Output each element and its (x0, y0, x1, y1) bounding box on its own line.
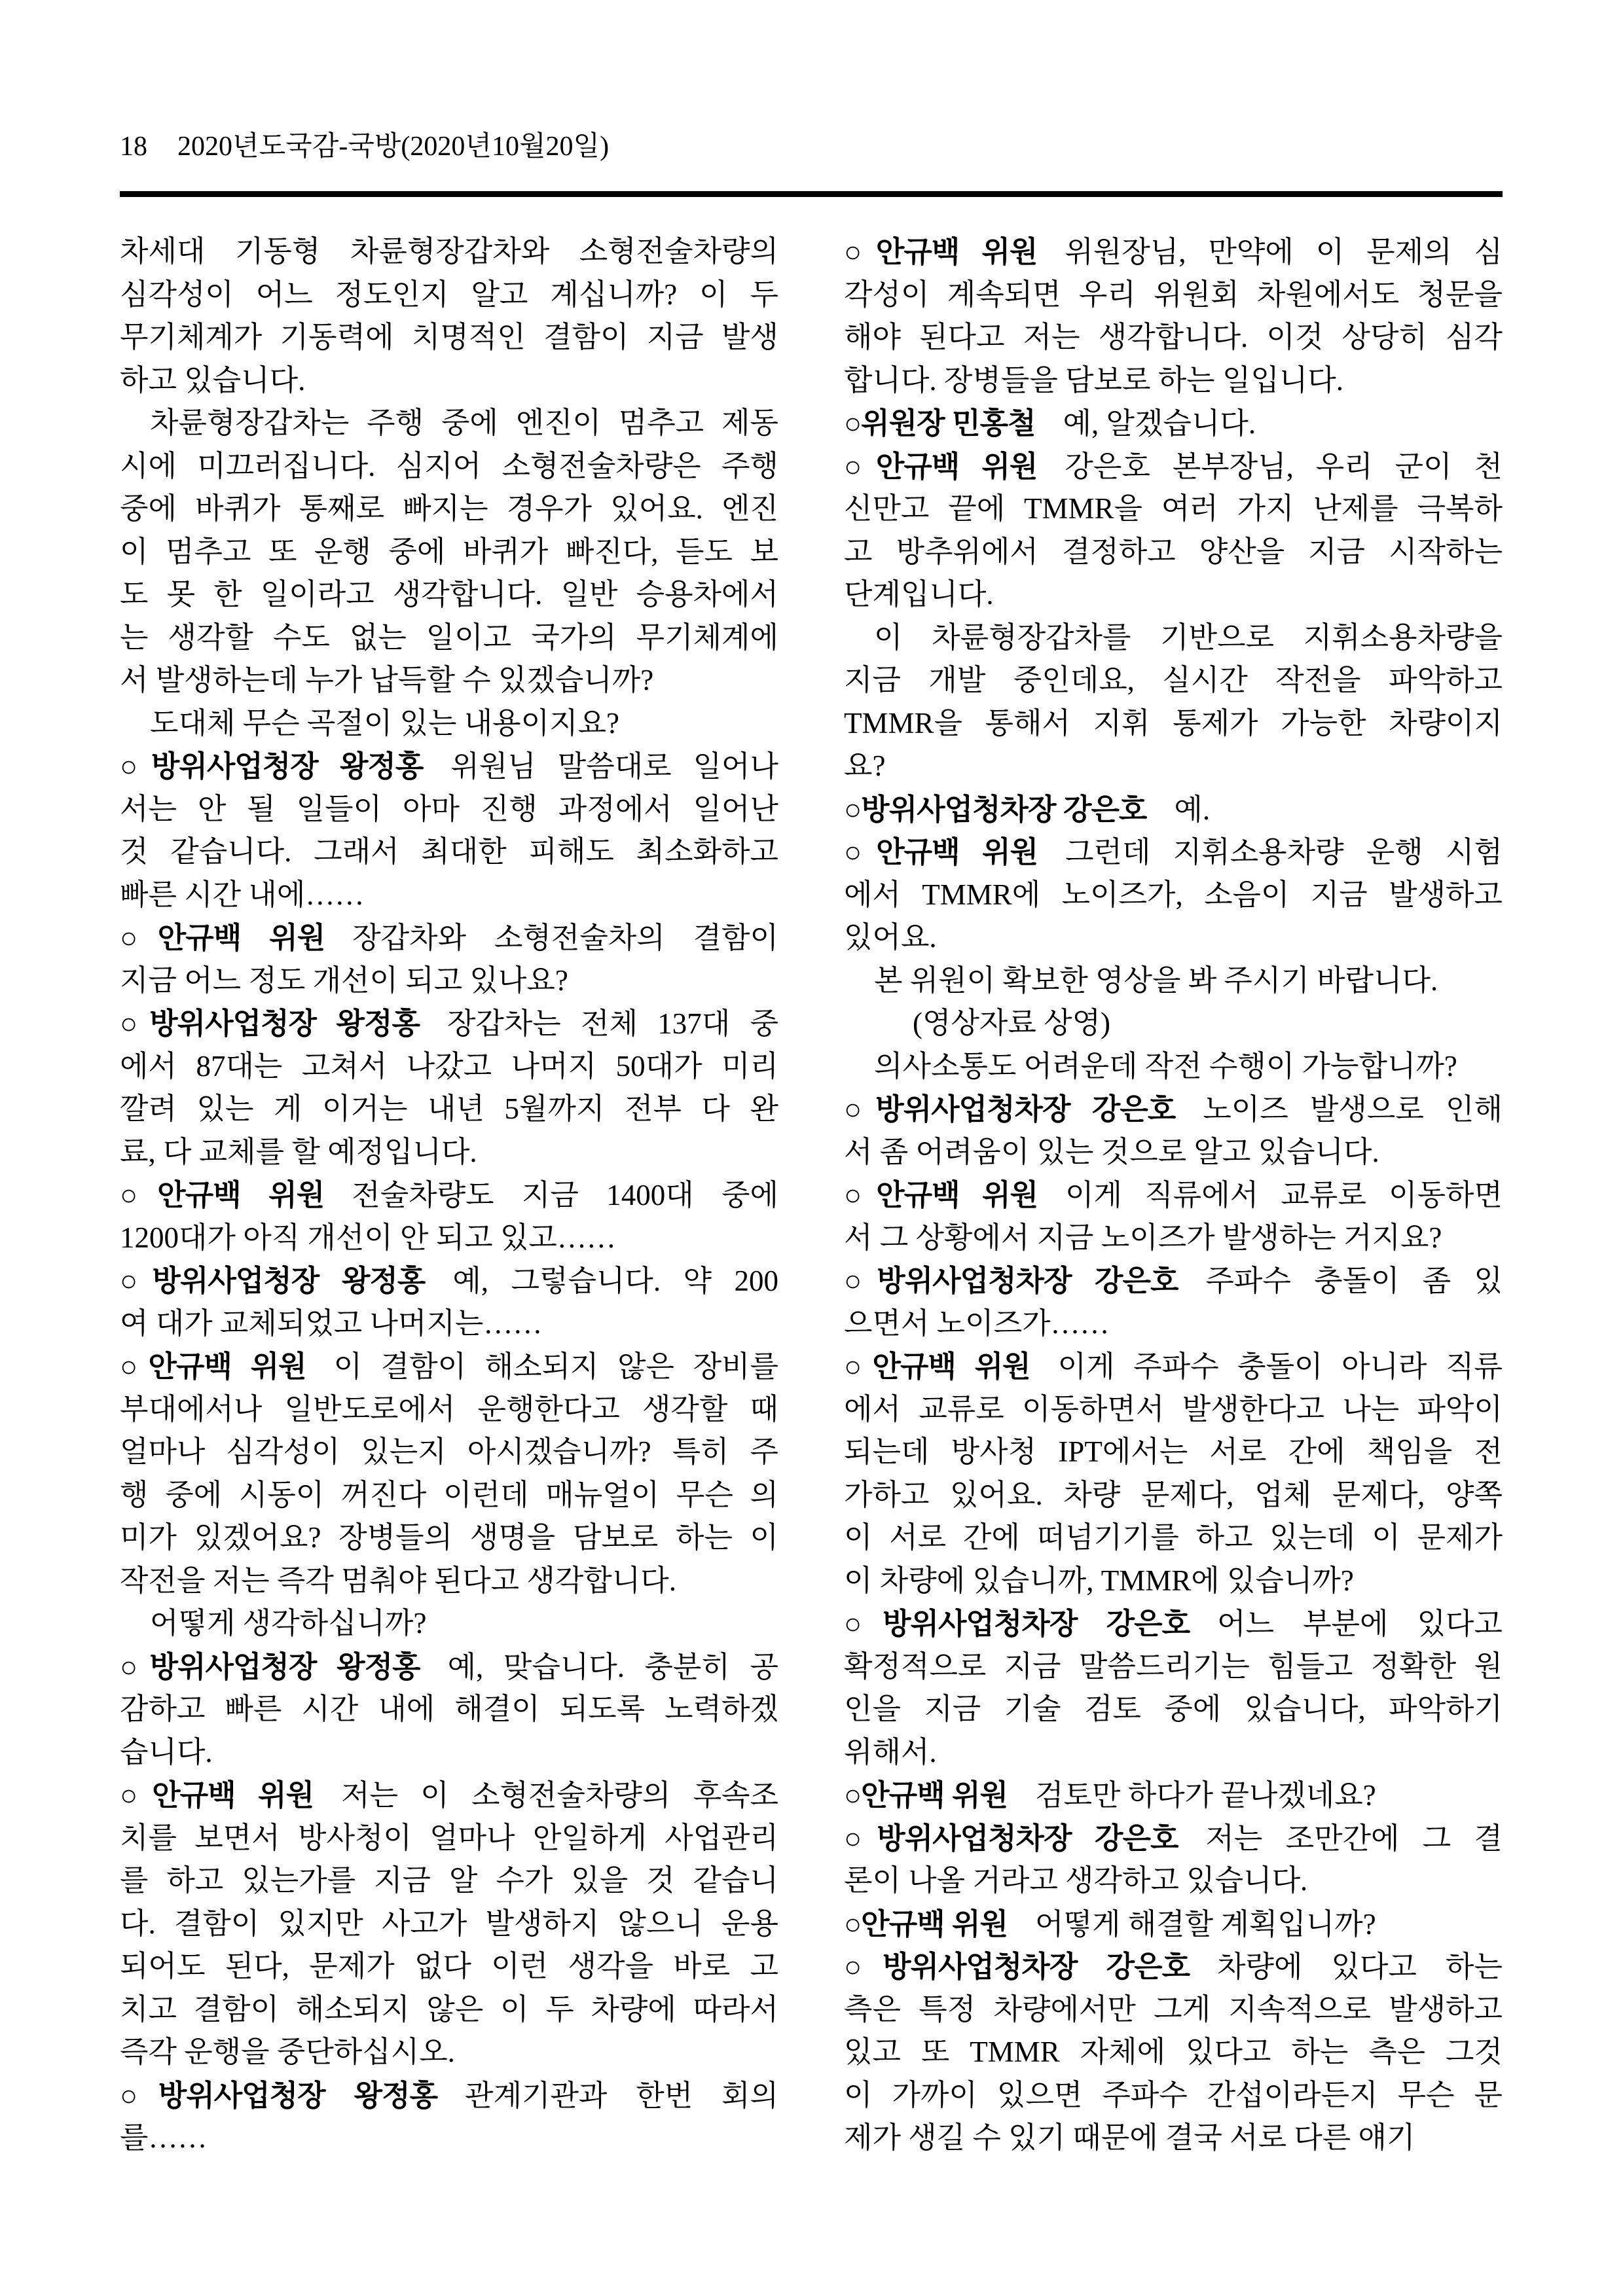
line-text: 예, 알겠습니다. (1063, 407, 1256, 440)
line-text: TMMR을 통해서 지휘 통제가 가능한 차량이지 (844, 707, 1503, 740)
line-text: 무기체계가 기동력에 치명적인 결함이 지금 발생 (120, 321, 778, 353)
line-text: 단계입니다. (844, 578, 994, 611)
line-text: 차세대 기동형 차륜형장갑차와 소형전술차량의 (120, 235, 778, 268)
line-text: 치고 결함이 해소되지 않은 이 두 차량에 따라서 (120, 1993, 778, 2026)
text-line: ○안규백 위원그런데 지휘소용차량 운행 시험 (844, 831, 1503, 874)
line-text: 신만고 끝에 TMMR을 여러 가지 난제를 극복하 (844, 492, 1503, 525)
text-line: 작전을 저는 즉각 멈춰야 된다고 생각합니다. (120, 1560, 778, 1603)
speaker-name: ○방위사업청차장 강은호 (844, 1607, 1217, 1640)
line-text: 는 생각할 수도 없는 일이고 국가의 무기체계에 (120, 621, 778, 654)
text-line: TMMR을 통해서 지휘 통제가 가능한 차량이지 (844, 702, 1503, 745)
text-line: 도 못 한 일이라고 생각합니다. 일반 승용차에서 (120, 573, 778, 617)
text-line: 이 서로 간에 떠넘기기를 하고 있는데 이 문제가 (844, 1516, 1503, 1560)
page-number: 18 (120, 130, 147, 164)
line-text: 도대체 무슨 곡절이 있는 내용이지요? (150, 707, 619, 740)
line-text: 즉각 운행을 중단하십시오. (120, 2036, 455, 2068)
text-line: 론이 나올 거라고 생각하고 있습니다. (844, 1859, 1503, 1903)
line-text: 이 가까이 있으면 주파수 간섭이라든지 무슨 문 (844, 2079, 1503, 2111)
speaker-name: ○방위사업청차장 강은호 (844, 1092, 1203, 1126)
text-line: 위해서. (844, 1731, 1503, 1774)
speaker-name: ○안규백 위원 (844, 1907, 1035, 1941)
line-text: 측은 특정 차량에서만 그게 지속적으로 발생하고 (844, 1993, 1503, 2026)
text-line: ○안규백 위원전술차량도 지금 1400대 중에 (120, 1174, 778, 1217)
text-line: 서 발생하는데 누가 납득할 수 있겠습니까? (120, 659, 778, 702)
line-text: (영상자료 상영) (913, 1007, 1110, 1039)
text-line: ○안규백 위원이게 직류에서 교류로 이동하면 (844, 1174, 1503, 1217)
line-text: 가하고 있어요. 차량 문제다, 업체 문제다, 양쪽 (844, 1479, 1503, 1511)
line-text: 저는 조만간에 그 결 (1205, 1822, 1503, 1855)
text-line: 지금 어느 정도 개선이 되고 있나요? (120, 960, 778, 1003)
line-text: 되는데 방사청 IPT에서는 서로 간에 책임을 전 (844, 1435, 1503, 1468)
text-line: 의사소통도 어려운데 작전 수행이 가능합니까? (844, 1045, 1503, 1088)
line-text: 빠른 시간 내에…… (120, 878, 364, 911)
speaker-name: ○방위사업청장 왕정홍 (120, 749, 450, 783)
text-line: 확정적으로 지금 말씀드리기는 힘들고 정확한 원 (844, 1645, 1503, 1689)
line-text: 본 위원이 확보한 영상을 봐 주시기 바랍니다. (874, 964, 1438, 997)
text-line: ○방위사업청차장 강은호노이즈 발생으로 인해 (844, 1088, 1503, 1131)
text-line: 지금 개발 중인데요, 실시간 작전을 파악하고 (844, 659, 1503, 702)
text-line: ○안규백 위원이 결함이 해소되지 않은 장비를 (120, 1345, 778, 1388)
text-line: 서 좀 어려움이 있는 것으로 알고 있습니다. (844, 1131, 1503, 1174)
text-column-left: 차세대 기동형 차륜형장갑차와 소형전술차량의심각성이 어느 정도인지 알고 계… (120, 230, 778, 2160)
line-text: 합니다. 장병들을 담보로 하는 일입니다. (844, 364, 1343, 397)
text-line: 에서 87대는 고쳐서 나갔고 나머지 50대가 미리 (120, 1045, 778, 1088)
line-text: 이 결함이 해소되지 않은 장비를 (334, 1350, 778, 1383)
text-line: 1200대가 아직 개선이 안 되고 있고…… (120, 1217, 778, 1260)
line-text: 1200대가 아직 개선이 안 되고 있고…… (120, 1221, 616, 1254)
line-text: 습니다. (120, 1736, 213, 1768)
line-text: 제가 생길 수 있기 때문에 결국 서로 다른 얘기 (844, 2121, 1415, 2154)
text-line: 중에 바퀴가 통째로 빠지는 경우가 있어요. 엔진 (120, 488, 778, 531)
text-line: 차륜형장갑차는 주행 중에 엔진이 멈추고 제동 (120, 402, 778, 445)
speaker-name: ○안규백 위원 (120, 1350, 334, 1383)
text-line: (영상자료 상영) (844, 1002, 1503, 1045)
line-text: 어떻게 해결할 계획입니까? (1035, 1908, 1376, 1941)
line-text: 되어도 된다, 문제가 없다 이런 생각을 바로 고 (120, 1950, 778, 1982)
text-line: ○방위사업청차장 강은호주파수 충돌이 좀 있 (844, 1259, 1503, 1302)
text-line: 행 중에 시동이 꺼진다 이런데 매뉴얼이 무슨 의 (120, 1474, 778, 1517)
line-text: 강은호 본부장님, 우리 군이 천 (1065, 450, 1503, 483)
text-line: 으면서 노이즈가…… (844, 1302, 1503, 1346)
speaker-name: ○방위사업청장 왕정홍 (120, 1264, 452, 1297)
line-text: 서는 안 될 일들이 아마 진행 과정에서 일어난 (120, 793, 778, 825)
line-text: 있어요. (844, 921, 937, 954)
text-line: 되는데 방사청 IPT에서는 서로 간에 책임을 전 (844, 1431, 1503, 1474)
line-text: 미가 있겠어요? 장병들의 생명을 담보로 하는 이 (120, 1521, 778, 1554)
text-line: ○방위사업청차장 강은호차량에 있다고 하는 (844, 1945, 1503, 1988)
text-line: 해야 된다고 저는 생각합니다. 이것 상당히 심각 (844, 316, 1503, 359)
text-line: 습니다. (120, 1731, 778, 1774)
text-line: ○방위사업청장 왕정홍예, 그렇습니다. 약 200 (120, 1259, 778, 1302)
text-line: ○안규백 위원이게 주파수 충돌이 아니라 직류 (844, 1345, 1503, 1388)
line-text: 주파수 충돌이 좀 있 (1205, 1265, 1503, 1297)
line-text: 료, 다 교체를 할 예정입니다. (120, 1136, 477, 1168)
text-line: 신만고 끝에 TMMR을 여러 가지 난제를 극복하 (844, 488, 1503, 531)
text-column-right: ○안규백 위원위원장님, 만약에 이 문제의 심각성이 계속되면 우리 위원회 … (844, 230, 1503, 2160)
speaker-name: ○방위사업청차장 강은호 (844, 1821, 1205, 1855)
text-line: ○방위사업청장 왕정홍장갑차는 전체 137대 중 (120, 1002, 778, 1045)
text-line: 이 차량에 있습니까, TMMR에 있습니까? (844, 1560, 1503, 1603)
text-line: 치고 결함이 해소되지 않은 이 두 차량에 따라서 (120, 1988, 778, 2032)
text-line: 단계입니다. (844, 573, 1503, 617)
line-text: 심각성이 어느 정도인지 알고 계십니까? 이 두 (120, 278, 778, 311)
line-text: 것 같습니다. 그래서 최대한 피해도 최소화하고 (120, 835, 778, 868)
text-line: ○안규백 위원위원장님, 만약에 이 문제의 심 (844, 230, 1503, 274)
text-line: 를 하고 있는가를 지금 알 수가 있을 것 같습니 (120, 1859, 778, 1903)
speaker-name: ○방위사업청차장 강은호 (844, 1950, 1217, 1983)
text-line: 감하고 빠른 시간 내에 해결이 되도록 노력하겠 (120, 1688, 778, 1731)
text-line: 인을 지금 기술 검토 중에 있습니다, 파악하기 (844, 1688, 1503, 1731)
text-line: 서는 안 될 일들이 아마 진행 과정에서 일어난 (120, 788, 778, 831)
line-text: 각성이 계속되면 우리 위원회 차원에서도 청문을 (844, 278, 1503, 311)
speaker-name: ○방위사업청차장 강은호 (844, 793, 1174, 826)
text-line: 서 그 상황에서 지금 노이즈가 발생하는 거지요? (844, 1217, 1503, 1260)
text-line: 이 가까이 있으면 주파수 간섭이라든지 무슨 문 (844, 2074, 1503, 2117)
line-text: 위해서. (844, 1736, 937, 1768)
line-text: 지금 어느 정도 개선이 되고 있나요? (120, 964, 568, 997)
text-line: 다. 결함이 있지만 사고가 발생하지 않으니 운용 (120, 1903, 778, 1946)
line-text: 치를 보면서 방사청이 얼마나 안일하게 사업관리 (120, 1821, 778, 1854)
line-text: 차륜형장갑차는 주행 중에 엔진이 멈추고 제동 (150, 406, 778, 439)
line-text: 시에 미끄러집니다. 심지어 소형전술차량은 주행 (120, 450, 778, 482)
line-text: 확정적으로 지금 말씀드리기는 힘들고 정확한 원 (844, 1650, 1503, 1683)
text-line: 미가 있겠어요? 장병들의 생명을 담보로 하는 이 (120, 1516, 778, 1560)
speaker-name: ○방위사업청차장 강은호 (844, 1264, 1205, 1297)
text-line: 본 위원이 확보한 영상을 봐 주시기 바랍니다. (844, 960, 1503, 1003)
speaker-name: ○안규백 위원 (120, 1178, 352, 1211)
text-line: 도대체 무슨 곡절이 있는 내용이지요? (120, 702, 778, 745)
line-text: 론이 나올 거라고 생각하고 있습니다. (844, 1864, 1307, 1897)
line-text: 하고 있습니다. (120, 364, 305, 397)
text-line: ○방위사업청장 왕정홍위원님 말씀대로 일어나 (120, 745, 778, 788)
line-text: 행 중에 시동이 꺼진다 이런데 매뉴얼이 무슨 의 (120, 1479, 778, 1511)
line-text: 위원님 말씀대로 일어나 (450, 750, 778, 783)
line-text: 저는 이 소형전술차량의 후속조 (341, 1779, 778, 1812)
line-text: 요? (844, 749, 885, 782)
line-text: 이 차량에 있습니까, TMMR에 있습니까? (844, 1564, 1354, 1597)
line-text: 이 멈추고 또 운행 중에 바퀴가 빠진다, 듣도 보 (120, 535, 778, 568)
text-line: 무기체계가 기동력에 치명적인 결함이 지금 발생 (120, 316, 778, 359)
text-line: 제가 생길 수 있기 때문에 결국 서로 다른 얘기 (844, 2117, 1503, 2160)
line-text: 어떻게 생각하십니까? (150, 1607, 426, 1640)
line-text: 이 서로 간에 떠넘기기를 하고 있는데 이 문제가 (844, 1521, 1503, 1554)
line-text: 서 그 상황에서 지금 노이즈가 발생하는 거지요? (844, 1221, 1442, 1254)
line-text: 위원장님, 만약에 이 문제의 심 (1065, 236, 1503, 268)
speaker-name: ○방위사업청장 왕정홍 (120, 2079, 465, 2112)
line-text: 도 못 한 일이라고 생각합니다. 일반 승용차에서 (120, 578, 778, 611)
page-header: 182020년도국감-국방(2020년10월20일) (120, 130, 609, 164)
text-line: ○안규백 위원저는 이 소형전술차량의 후속조 (120, 1774, 778, 1817)
line-text: 이 차륜형장갑차를 기반으로 지휘소용차량을 (874, 621, 1503, 654)
line-text: 해야 된다고 저는 생각합니다. 이것 상당히 심각 (844, 321, 1503, 353)
text-line: ○안규백 위원장갑차와 소형전술차의 결함이 (120, 916, 778, 960)
line-text: 노이즈 발생으로 인해 (1203, 1093, 1503, 1126)
line-text: 지금 개발 중인데요, 실시간 작전을 파악하고 (844, 664, 1503, 696)
speaker-name: ○안규백 위원 (844, 835, 1065, 869)
text-line: 치를 보면서 방사청이 얼마나 안일하게 사업관리 (120, 1817, 778, 1860)
line-text: 서 좀 어려움이 있는 것으로 알고 있습니다. (844, 1136, 1379, 1168)
line-text: 있고 또 TMMR 자체에 있다고 하는 측은 그것 (844, 2036, 1503, 2068)
speaker-name: ○방위사업청장 왕정홍 (120, 1007, 447, 1040)
text-line: 는 생각할 수도 없는 일이고 국가의 무기체계에 (120, 617, 778, 660)
text-line: 에서 TMMR에 노이즈가, 소음이 지금 발생하고 (844, 874, 1503, 917)
line-text: 예, 그렇습니다. 약 200 (452, 1265, 778, 1297)
line-text: 부대에서나 일반도로에서 운행한다고 생각할 때 (120, 1393, 778, 1426)
speaker-name: ○방위사업청장 왕정홍 (120, 1650, 448, 1683)
text-line: 측은 특정 차량에서만 그게 지속적으로 발생하고 (844, 1988, 1503, 2032)
line-text: 이게 직류에서 교류로 이동하면 (1065, 1179, 1503, 1211)
line-text: 의사소통도 어려운데 작전 수행이 가능합니까? (874, 1050, 1457, 1083)
text-line: ○방위사업청장 왕정홍관계기관과 한번 회의 (120, 2074, 778, 2117)
header-rule (120, 191, 1503, 197)
text-line: 어떻게 생각하십니까? (120, 1602, 778, 1645)
text-line: 있어요. (844, 916, 1503, 960)
line-text: 를 하고 있는가를 지금 알 수가 있을 것 같습니 (120, 1864, 778, 1897)
document-page: { "colors": { "ink": "#000000", "paper":… (0, 0, 1623, 2296)
text-line: ○위원장 민홍철예, 알겠습니다. (844, 402, 1503, 445)
text-line: 각성이 계속되면 우리 위원회 차원에서도 청문을 (844, 274, 1503, 317)
text-line: 이 멈추고 또 운행 중에 바퀴가 빠진다, 듣도 보 (120, 531, 778, 574)
text-line: 고 방추위에서 결정하고 양산을 지금 시작하는 (844, 531, 1503, 574)
line-text: 장갑차는 전체 137대 중 (447, 1007, 778, 1040)
line-text: 얼마나 심각성이 있는지 아시겠습니까? 특히 주 (120, 1435, 778, 1468)
text-line: ○방위사업청차장 강은호어느 부분에 있다고 (844, 1602, 1503, 1645)
line-text: 고 방추위에서 결정하고 양산을 지금 시작하는 (844, 535, 1503, 568)
text-line: 빠른 시간 내에…… (120, 874, 778, 917)
text-line: ○방위사업청차장 강은호저는 조만간에 그 결 (844, 1817, 1503, 1860)
text-line: 심각성이 어느 정도인지 알고 계십니까? 이 두 (120, 274, 778, 317)
line-text: 예. (1174, 793, 1210, 826)
document-title: 2020년도국감-국방(2020년10월20일) (177, 132, 609, 162)
line-text: 검토만 하다가 끝나겠네요? (1035, 1779, 1376, 1812)
text-line: ○안규백 위원강은호 본부장님, 우리 군이 천 (844, 445, 1503, 488)
line-text: 이게 주파수 충돌이 아니라 직류 (1058, 1350, 1503, 1383)
line-text: 작전을 저는 즉각 멈춰야 된다고 생각합니다. (120, 1564, 676, 1597)
line-text: 에서 TMMR에 노이즈가, 소음이 지금 발생하고 (844, 878, 1503, 911)
text-line: ○방위사업청차장 강은호예. (844, 788, 1503, 831)
line-text: 으면서 노이즈가…… (844, 1307, 1110, 1340)
line-text: 어느 부분에 있다고 (1217, 1607, 1503, 1640)
speaker-name: ○안규백 위원 (844, 1350, 1058, 1383)
text-line: 깔려 있는 게 이거는 내년 5월까지 전부 다 완 (120, 1088, 778, 1131)
text-line: 에서 교류로 이동하면서 발생한다고 나는 파악이 (844, 1388, 1503, 1431)
text-line: ○방위사업청장 왕정홍예, 맞습니다. 충분히 공 (120, 1645, 778, 1689)
line-text: 를…… (120, 2121, 207, 2154)
line-text: 에서 교류로 이동하면서 발생한다고 나는 파악이 (844, 1393, 1503, 1426)
speaker-name: ○안규백 위원 (844, 1778, 1035, 1812)
text-line: 시에 미끄러집니다. 심지어 소형전술차량은 주행 (120, 445, 778, 488)
line-text: 에서 87대는 고쳐서 나갔고 나머지 50대가 미리 (120, 1050, 778, 1083)
line-text: 장갑차와 소형전술차의 결함이 (352, 922, 778, 954)
text-line: 차세대 기동형 차륜형장갑차와 소형전술차량의 (120, 230, 778, 274)
line-text: 차량에 있다고 하는 (1217, 1950, 1503, 1983)
text-line: 즉각 운행을 중단하십시오. (120, 2031, 778, 2074)
line-text: 서 발생하는데 누가 납득할 수 있겠습니까? (120, 664, 653, 696)
line-text: 관계기관과 한번 회의 (465, 2079, 778, 2112)
line-text: 그런데 지휘소용차량 운행 시험 (1065, 836, 1503, 869)
line-text: 예, 맞습니다. 충분히 공 (448, 1651, 778, 1683)
text-line: 를…… (120, 2117, 778, 2160)
line-text: 깔려 있는 게 이거는 내년 5월까지 전부 다 완 (120, 1092, 778, 1125)
text-line: ○안규백 위원검토만 하다가 끝나겠네요? (844, 1774, 1503, 1817)
line-text: 중에 바퀴가 통째로 빠지는 경우가 있어요. 엔진 (120, 492, 778, 525)
speaker-name: ○안규백 위원 (120, 921, 352, 954)
text-line: 요? (844, 745, 1503, 788)
line-text: 전술차량도 지금 1400대 중에 (352, 1179, 778, 1211)
speaker-name: ○위원장 민홍철 (844, 406, 1063, 440)
speaker-name: ○안규백 위원 (844, 235, 1065, 268)
text-line: ○안규백 위원어떻게 해결할 계획입니까? (844, 1903, 1503, 1946)
line-text: 다. 결함이 있지만 사고가 발생하지 않으니 운용 (120, 1907, 778, 1940)
text-line: 부대에서나 일반도로에서 운행한다고 생각할 때 (120, 1388, 778, 1431)
text-line: 료, 다 교체를 할 예정입니다. (120, 1131, 778, 1174)
text-line: 것 같습니다. 그래서 최대한 피해도 최소화하고 (120, 831, 778, 874)
speaker-name: ○안규백 위원 (844, 1178, 1065, 1211)
text-line: 이 차륜형장갑차를 기반으로 지휘소용차량을 (844, 617, 1503, 660)
text-line: 하고 있습니다. (120, 359, 778, 403)
line-text: 여 대가 교체되었고 나머지는…… (120, 1307, 542, 1340)
text-line: 얼마나 심각성이 있는지 아시겠습니까? 특히 주 (120, 1431, 778, 1474)
speaker-name: ○안규백 위원 (844, 450, 1065, 483)
text-line: 여 대가 교체되었고 나머지는…… (120, 1302, 778, 1346)
text-line: 있고 또 TMMR 자체에 있다고 하는 측은 그것 (844, 2031, 1503, 2074)
line-text: 인을 지금 기술 검토 중에 있습니다, 파악하기 (844, 1693, 1503, 1725)
text-line: 합니다. 장병들을 담보로 하는 일입니다. (844, 359, 1503, 403)
line-text: 감하고 빠른 시간 내에 해결이 되도록 노력하겠 (120, 1693, 778, 1725)
text-line: 가하고 있어요. 차량 문제다, 업체 문제다, 양쪽 (844, 1474, 1503, 1517)
text-line: 되어도 된다, 문제가 없다 이런 생각을 바로 고 (120, 1945, 778, 1988)
speaker-name: ○안규백 위원 (120, 1778, 341, 1812)
